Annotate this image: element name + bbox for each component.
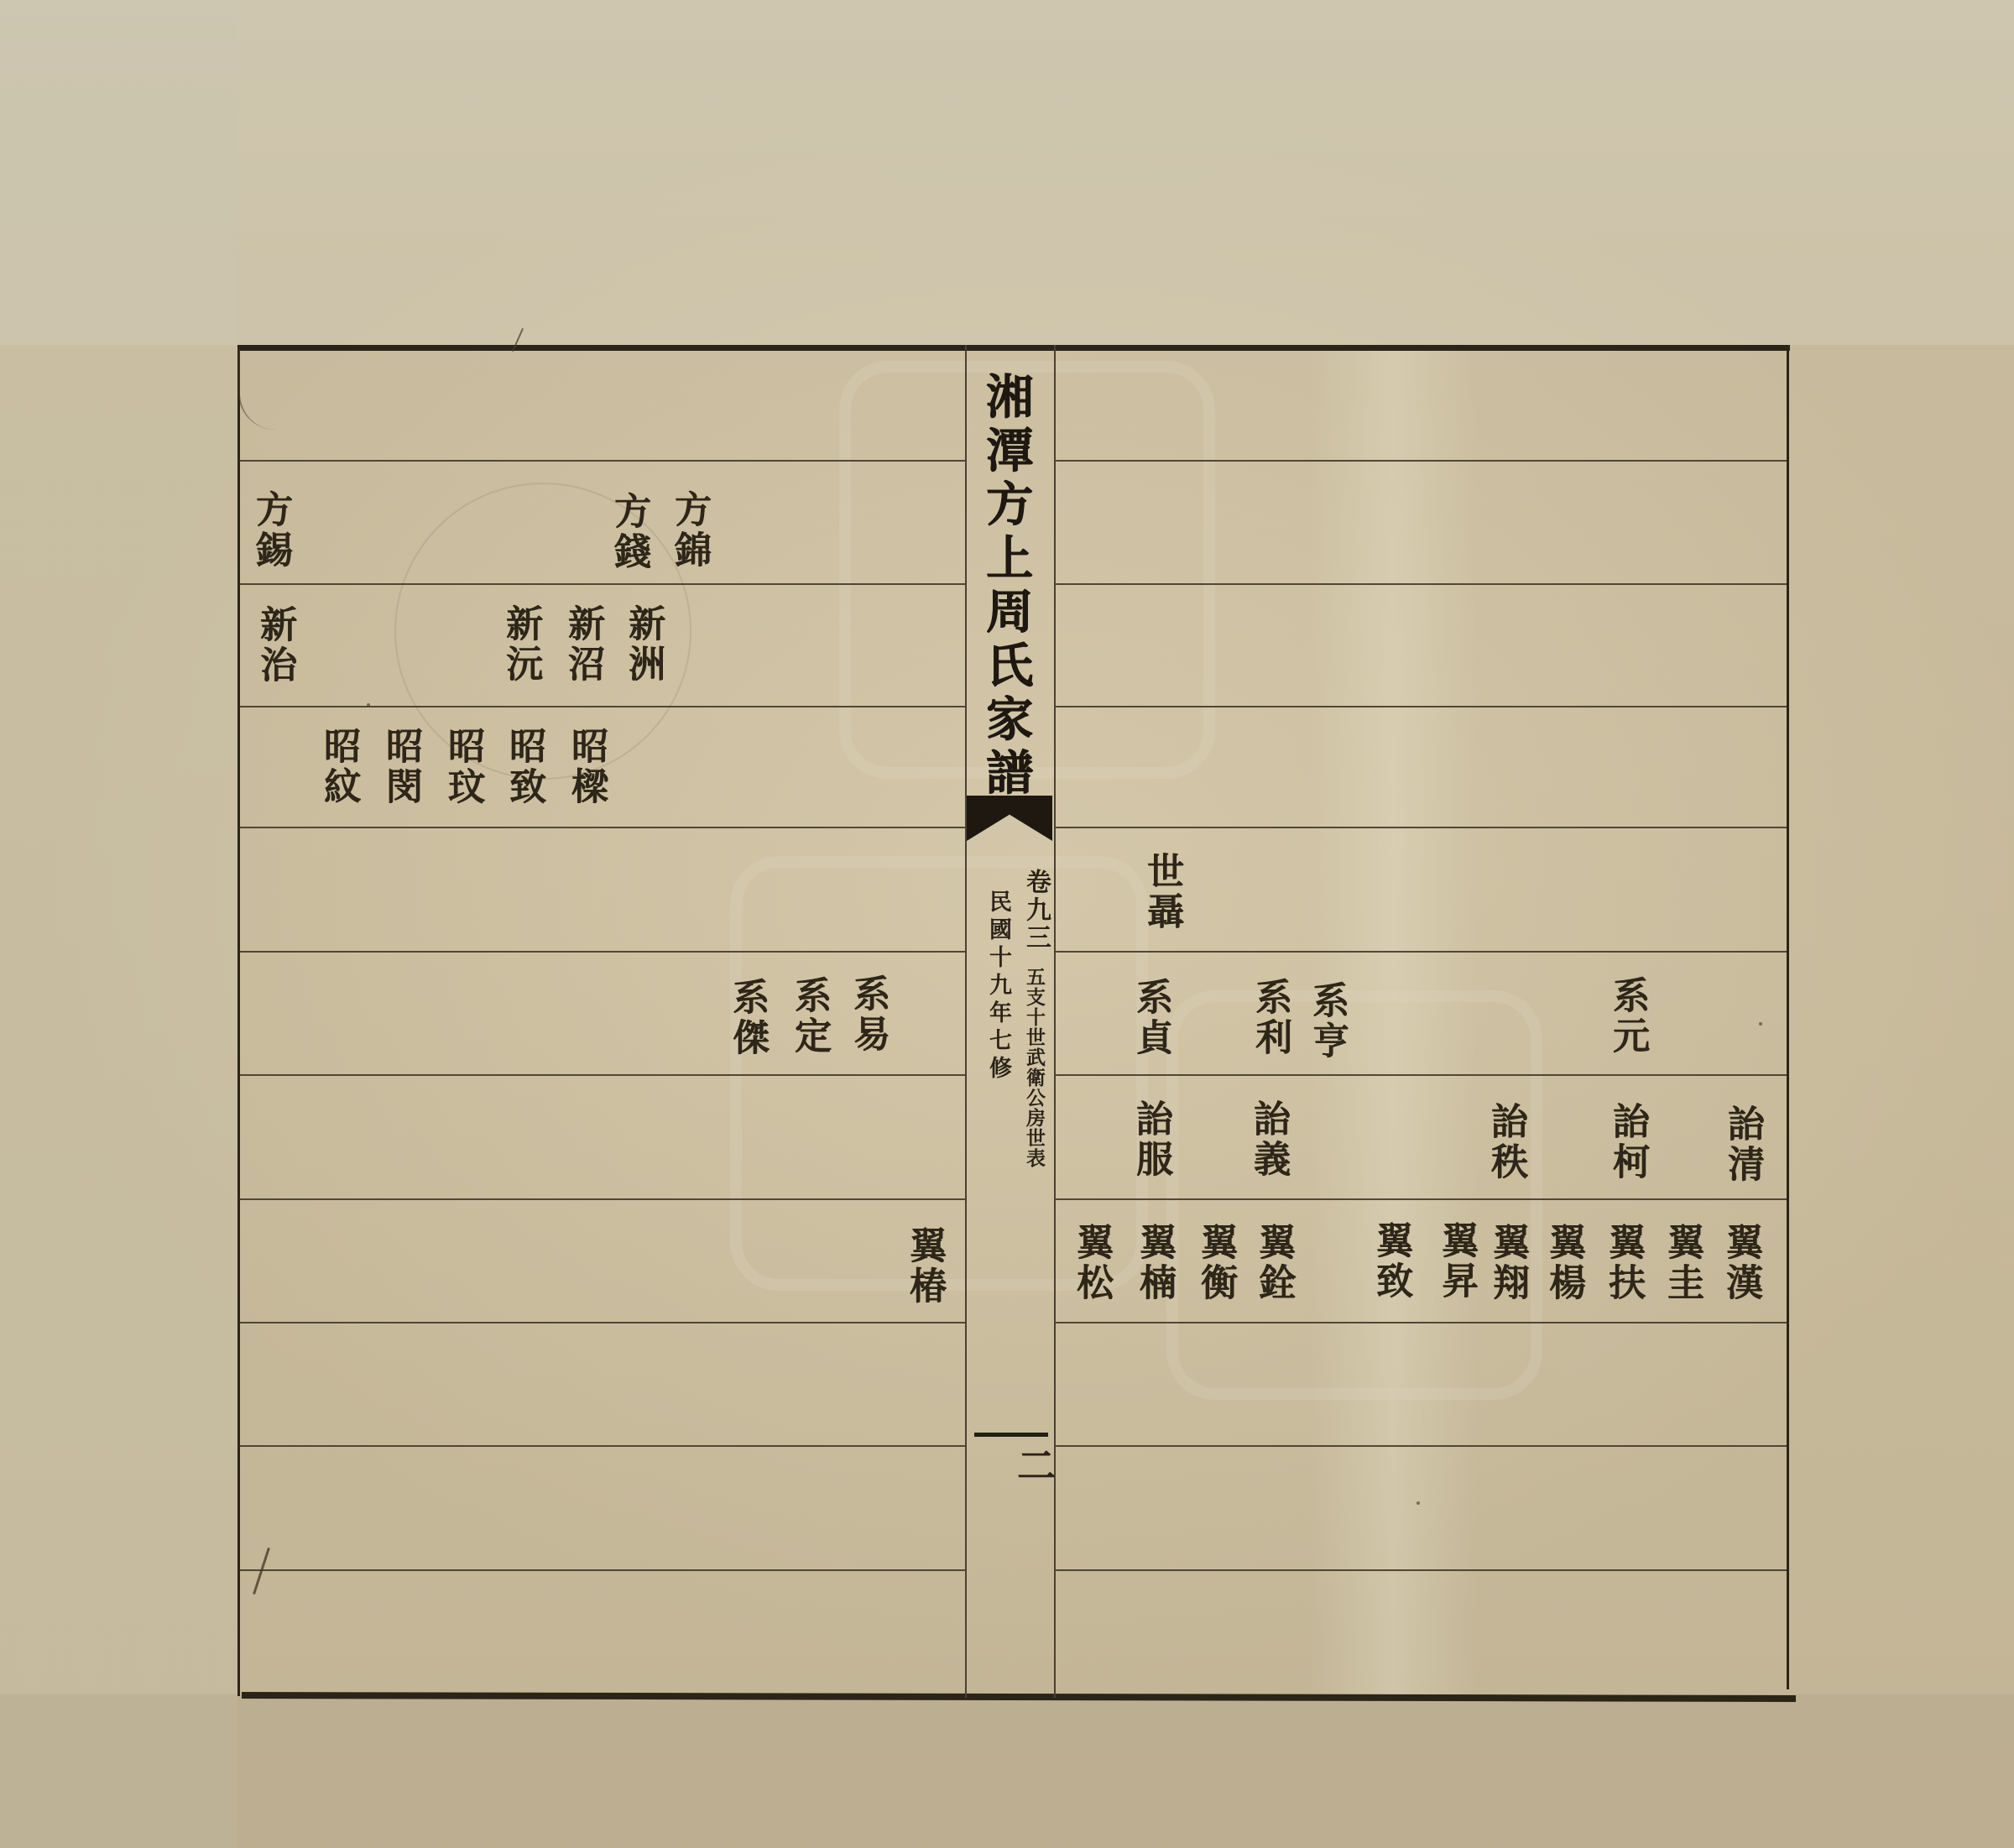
volume-label: 卷九三 (1017, 869, 1054, 952)
row-line (1056, 1198, 1787, 1200)
row-line (239, 583, 965, 585)
name-entry: 方錫 (252, 490, 289, 571)
name-entry: 詒柯 (1609, 1102, 1646, 1182)
name-entry: 翼漢 (1722, 1223, 1759, 1303)
paper-left-margin (0, 0, 237, 1848)
row-line (239, 1445, 965, 1447)
row-line (1056, 706, 1787, 707)
watermark-shape (1166, 990, 1542, 1400)
name-entry: 翼椿 (905, 1226, 942, 1307)
name-entry: 翼楠 (1135, 1223, 1172, 1303)
table-border-left (237, 345, 240, 1696)
section-label: 五支十世武衛公房世表 (1020, 967, 1048, 1168)
row-line (239, 1074, 965, 1076)
genealogy-scan-page: 湘潭方上周氏家譜 卷九三 五支十世武衛公房世表 民國十九年七修 二 方錫方錢方錦… (0, 0, 2014, 1848)
name-entry: 詒義 (1250, 1099, 1286, 1180)
name-entry: 翼衡 (1197, 1223, 1234, 1303)
name-entry: 翼昇 (1437, 1221, 1474, 1302)
name-entry: 新沼 (564, 604, 601, 685)
name-entry: 翼翔 (1489, 1223, 1526, 1303)
name-entry: 系易 (849, 974, 886, 1055)
name-entry: 詒清 (1724, 1104, 1761, 1185)
dust-speck (367, 703, 370, 707)
row-line (239, 1322, 965, 1323)
row-line (239, 706, 965, 707)
page-corner-curve (238, 349, 275, 430)
name-entry: 系定 (790, 976, 827, 1057)
name-entry: 昭閔 (382, 727, 419, 807)
name-entry: 系傑 (728, 978, 765, 1058)
row-line (1056, 1445, 1787, 1447)
fishtail-ornament (967, 796, 1052, 841)
name-entry: 昭紋 (320, 727, 357, 807)
name-entry: 方錢 (610, 492, 647, 572)
name-entry: 新沅 (502, 604, 539, 685)
edition-label: 民國十九年七修 (982, 890, 1015, 1083)
row-line (239, 1198, 965, 1200)
row-line (1056, 827, 1787, 828)
name-entry: 系元 (1609, 976, 1646, 1057)
row-line (239, 1569, 965, 1571)
row-line (239, 460, 965, 462)
paper-top-margin (0, 0, 2014, 345)
table-border-top (237, 345, 1790, 351)
scratch-mark (253, 1548, 270, 1595)
name-entry: 翼楊 (1545, 1223, 1582, 1303)
name-entry: 翼圭 (1663, 1223, 1700, 1303)
name-entry: 系亨 (1308, 981, 1345, 1062)
row-line (1056, 1322, 1787, 1323)
table-border-bottom (242, 1692, 1796, 1702)
name-entry: 昭致 (505, 727, 542, 807)
paper-bottom-shade (0, 1694, 2014, 1848)
name-entry: 翼銓 (1255, 1223, 1291, 1303)
row-line (1056, 1569, 1787, 1571)
name-entry: 新洲 (624, 604, 661, 685)
name-entry: 新治 (256, 605, 293, 686)
dust-speck (1417, 1501, 1420, 1505)
page-number-rule (974, 1433, 1048, 1437)
dust-speck (1759, 1022, 1762, 1026)
name-entry: 系貞 (1132, 978, 1169, 1058)
page-number: 二 (1006, 1445, 1062, 1484)
spine-right-rule (1054, 345, 1056, 1698)
name-entry: 翼致 (1372, 1221, 1409, 1302)
row-line (1056, 583, 1787, 585)
row-line (1056, 1074, 1787, 1076)
name-entry: 系利 (1251, 978, 1288, 1058)
spine-left-rule (965, 345, 967, 1698)
name-entry: 詒服 (1132, 1099, 1169, 1180)
name-entry: 翼松 (1072, 1223, 1109, 1303)
table-border-right (1787, 345, 1789, 1689)
name-entry: 世聶 (1143, 852, 1180, 932)
name-entry: 昭樑 (567, 727, 604, 807)
row-line (1056, 460, 1787, 462)
book-title: 湘潭方上周氏家譜 (983, 372, 1030, 801)
row-line (239, 827, 965, 828)
name-entry: 昭玟 (444, 727, 481, 807)
name-entry: 詒秩 (1487, 1102, 1524, 1182)
row-line (239, 951, 965, 953)
name-entry: 翼扶 (1604, 1223, 1641, 1303)
row-line (1056, 951, 1787, 953)
name-entry: 方錦 (670, 490, 707, 571)
